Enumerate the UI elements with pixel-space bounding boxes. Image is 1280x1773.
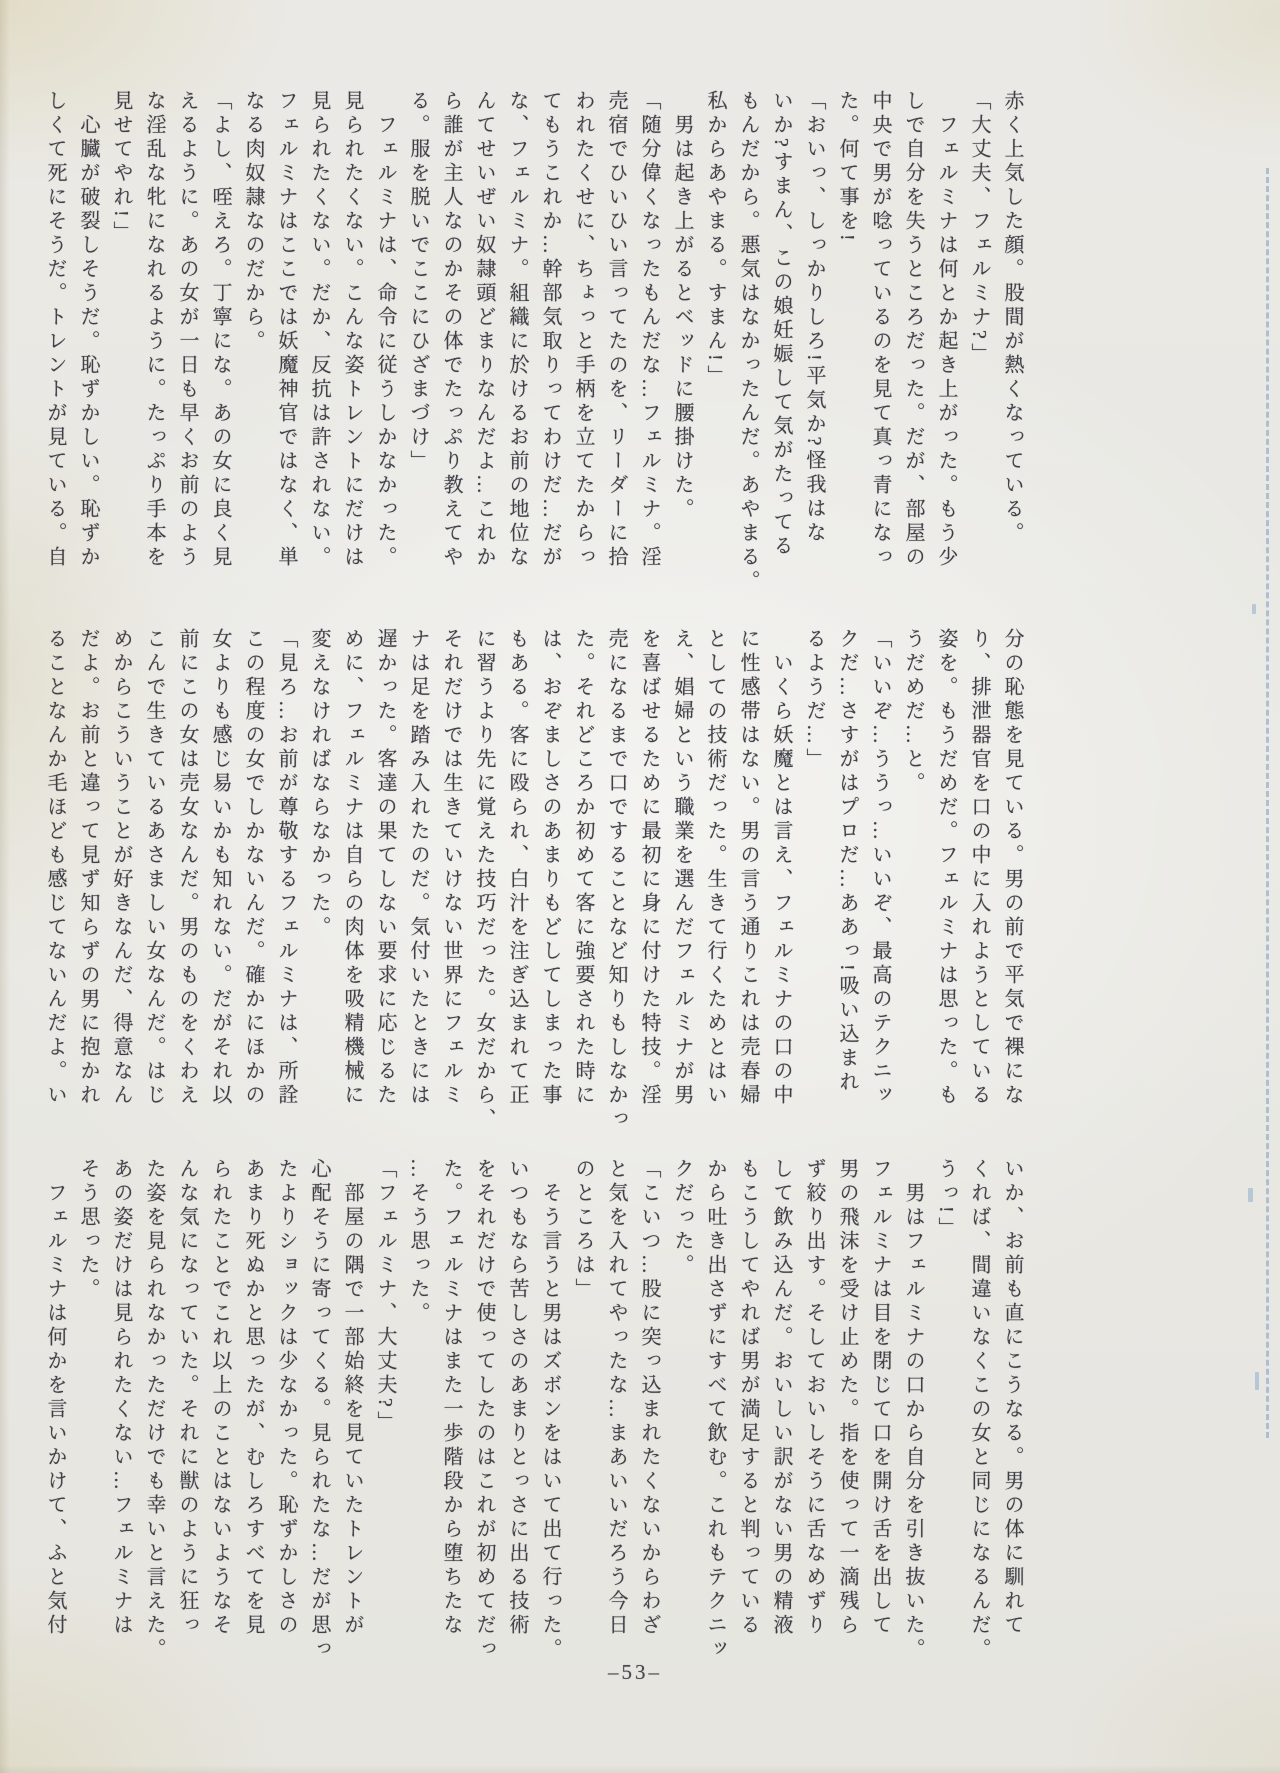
- text-column: して飲み込んだ。おいしい訳がない男の精液: [758, 1158, 791, 1663]
- text-column: こんで生きているあさましい女なんだ。はじ: [131, 628, 164, 1133]
- text-column: のところは」: [560, 1158, 593, 1663]
- text-column: 部屋の隅で一部始終を見ていたトレントが: [329, 1158, 362, 1663]
- text-column: …そう思った。: [395, 1158, 428, 1663]
- text-column: 売になるまで口ですることなど知りもしなかっ: [593, 628, 626, 1133]
- text-column: 売宿でひいひい言ってたのを、リーダーに拾: [593, 90, 626, 595]
- text-column: フェルミナは、命令に従うしかなかった。: [362, 90, 395, 595]
- text-column: た。フェルミナはまた一歩階段から堕ちたな: [428, 1158, 461, 1663]
- text-column: 見せてやれ!」: [98, 90, 131, 595]
- text-column: 心臓が破裂しそうだ。恥ずかしい。恥ずか: [65, 90, 98, 595]
- scan-speck: [1248, 1188, 1253, 1202]
- right-margin-streak: [1266, 168, 1269, 1438]
- text-column: 「こいつ…股に突っ込まれたくないからわざ: [626, 1158, 659, 1663]
- text-column: 変えなければならなかった。: [296, 628, 329, 1133]
- text-column: 「随分偉くなったもんだな…フェルミナ。淫: [626, 90, 659, 595]
- scan-page: 赤く上気した顔。股間が熱くなっている。「大丈夫、フェルミナ?」 フェルミナは何と…: [0, 0, 1280, 1773]
- text-column: あの姿だけは見られたくない…フェルミナは: [98, 1158, 131, 1663]
- text-column: いつもなら苦しさのあまりとっさに出る技術: [494, 1158, 527, 1663]
- text-column: ることなんか毛ほども感じてないんだよ。い: [32, 628, 65, 1133]
- scan-edge-bottom: [0, 1765, 1280, 1773]
- text-column: フェルミナは何とか起き上がった。もう少: [923, 90, 956, 595]
- text-column: としての技術だった。生きて行くためとはい: [692, 628, 725, 1133]
- text-column: それだけでは生きていけない世界にフェルミ: [428, 628, 461, 1133]
- text-band-middle: 分の恥態を見ている。男の前で平気で裸になり、排泄器官を口の中に入れようとしている…: [32, 628, 1022, 1133]
- text-column: に習うより先に覚えた技巧だった。女だから、: [461, 628, 494, 1133]
- text-column: めからこういうことが好きなんだ、得意なん: [98, 628, 131, 1133]
- scan-edge-left: [0, 0, 10, 1773]
- text-column: な、フェルミナ。組織に於けるお前の地位な: [494, 90, 527, 595]
- text-column: るようだ…」: [791, 628, 824, 1133]
- text-column: を喜ばせるために最初に身に付けた特技。淫: [626, 628, 659, 1133]
- text-column: 心配そうに寄ってくる。見られたな…だが思っ: [296, 1158, 329, 1663]
- text-column: 中央で男が唸っているのを見て真っ青になっ: [857, 90, 890, 595]
- text-column: 「見ろ…お前が尊敬するフェルミナは、所詮: [263, 628, 296, 1133]
- text-column: いか?すまん、この娘妊娠して気がたってる: [758, 90, 791, 595]
- text-column: た姿を見られなかっただけでも幸いと言えた。: [131, 1158, 164, 1663]
- text-column: 女よりも感じ易いかも知れない。だがそれ以: [197, 628, 230, 1133]
- text-column: ず絞り出す。そしておいしそうに舌なめずり: [791, 1158, 824, 1663]
- text-column: フェルミナは目を閉じて口を開け舌を出して: [857, 1158, 890, 1663]
- text-column: もんだから。悪気はなかったんだ。あやまる。: [725, 90, 758, 595]
- scan-speck: [1255, 1372, 1259, 1390]
- page-number: –53–: [575, 1660, 695, 1685]
- text-column: 見られたくない。だか、反抗は許されない。: [296, 90, 329, 595]
- text-column: この程度の女でしかないんだ。確かにほかの: [230, 628, 263, 1133]
- text-column: 男の飛沫を受け止めた。指を使って一滴残ら: [824, 1158, 857, 1663]
- text-column: だよ。お前と違って見ず知らずの男に抱かれ: [65, 628, 98, 1133]
- text-column: をそれだけで使ってしたのはこれが初めてだっ: [461, 1158, 494, 1663]
- text-column: 「いいぞ…ううっ…いいぞ、最高のテクニッ: [857, 628, 890, 1133]
- text-column: ら誰が主人なのかその体でたっぷり教えてや: [428, 90, 461, 595]
- text-column: クだった。: [659, 1158, 692, 1663]
- text-column: 前にこの女は売女なんだ。男のものをくわえ: [164, 628, 197, 1133]
- text-column: 「大丈夫、フェルミナ?」: [956, 90, 989, 595]
- text-column: んてせいぜい奴隷頭どまりなんだよ…これか: [461, 90, 494, 595]
- text-column: しで自分を失うところだった。だが、部屋の: [890, 90, 923, 595]
- text-column: た。何て事を!: [824, 90, 857, 595]
- text-column: うっ!」: [923, 1158, 956, 1663]
- text-column: てもうこれか…幹部気取りってわけだ…だが: [527, 90, 560, 595]
- text-column: んな気になっていた。それに獣のように狂っ: [164, 1158, 197, 1663]
- text-column: いくら妖魔とは言え、フェルミナの口の中: [758, 628, 791, 1133]
- text-column: 私からあやまる。すまん!」: [692, 90, 725, 595]
- text-column: る。服を脱いでここにひざまづけ」: [395, 90, 428, 595]
- text-column: と気を入れてやったな…まあいいだろう今日: [593, 1158, 626, 1663]
- text-column: フェルミナは何かを言いかけて、ふと気付: [32, 1158, 65, 1663]
- text-column: 姿を。もうだめだ。フェルミナは思った。も: [923, 628, 956, 1133]
- text-column: 男はフェルミナの口から自分を引き抜いた。: [890, 1158, 923, 1663]
- text-column: そう思った。: [65, 1158, 98, 1663]
- text-column: り、排泄器官を口の中に入れようとしている: [956, 628, 989, 1133]
- text-column: いか、お前も直にこうなる。男の体に馴れて: [989, 1158, 1022, 1663]
- text-column: 遅かった。客達の果てしない要求に応じるた: [362, 628, 395, 1133]
- text-band-bottom: いか、お前も直にこうなる。男の体に馴れてくれば、間違いなくこの女と同じになるんだ…: [32, 1158, 1022, 1663]
- text-column: なる肉奴隷なのだから。: [230, 90, 263, 595]
- text-column: 「おいっ、しっかりしろ!平気か?怪我はな: [791, 90, 824, 595]
- text-column: 「フェルミナ、大丈夫?」: [362, 1158, 395, 1663]
- text-column: ナは足を踏み入れたのだ。気付いたときには: [395, 628, 428, 1133]
- text-column: フェルミナはここでは妖魔神官ではなく、単: [263, 90, 296, 595]
- text-column: な淫乱な牝になれるように。たっぷり手本を: [131, 90, 164, 595]
- text-column: 男は起き上がるとベッドに腰掛けた。: [659, 90, 692, 595]
- text-column: た。それどころか初めて客に強要された時に: [560, 628, 593, 1133]
- text-column: から吐き出さずにすべて飲む。これもテクニッ: [692, 1158, 725, 1663]
- text-column: 「よし、咥えろ。丁寧にな。あの女に良く見: [197, 90, 230, 595]
- text-column: そう言うと男はズボンをはいて出て行った。: [527, 1158, 560, 1663]
- text-column: 分の恥態を見ている。男の前で平気で裸にな: [989, 628, 1022, 1133]
- text-column: たよりショックは少なかった。恥ずかしさの: [263, 1158, 296, 1663]
- text-column: もある。客に殴られ、白汁を注ぎ込まれて正: [494, 628, 527, 1133]
- text-column: え、娼婦という職業を選んだフェルミナが男: [659, 628, 692, 1133]
- text-column: は、おぞましさのあまりもどしてしまった事: [527, 628, 560, 1133]
- text-column: うだめだ…と。: [890, 628, 923, 1133]
- scan-speck: [1252, 604, 1256, 614]
- text-column: あまり死ぬかと思ったが、むしろすべてを見: [230, 1158, 263, 1663]
- text-column: われたくせに、ちょっと手柄を立てたからっ: [560, 90, 593, 595]
- text-column: クだ…さすがはプロだ…ああっ!吸い込まれ: [824, 628, 857, 1133]
- text-column: めに、フェルミナは自らの肉体を吸精機械に: [329, 628, 362, 1133]
- text-band-top: 赤く上気した顔。股間が熱くなっている。「大丈夫、フェルミナ?」 フェルミナは何と…: [32, 90, 1022, 595]
- text-column: 赤く上気した顔。股間が熱くなっている。: [989, 90, 1022, 595]
- text-column: しくて死にそうだ。トレントが見ている。自: [32, 90, 65, 595]
- text-column: に性感帯はない。男の言う通りこれは売春婦: [725, 628, 758, 1133]
- text-column: もこうしてやれば男が満足すると判っている: [725, 1158, 758, 1663]
- text-column: くれば、間違いなくこの女と同じになるんだ。: [956, 1158, 989, 1663]
- text-column: 見られたくない。こんな姿トレントにだけは: [329, 90, 362, 595]
- text-column: えるように。あの女が一日も早くお前のよう: [164, 90, 197, 595]
- text-column: られたことでこれ以上のことはないようなそ: [197, 1158, 230, 1663]
